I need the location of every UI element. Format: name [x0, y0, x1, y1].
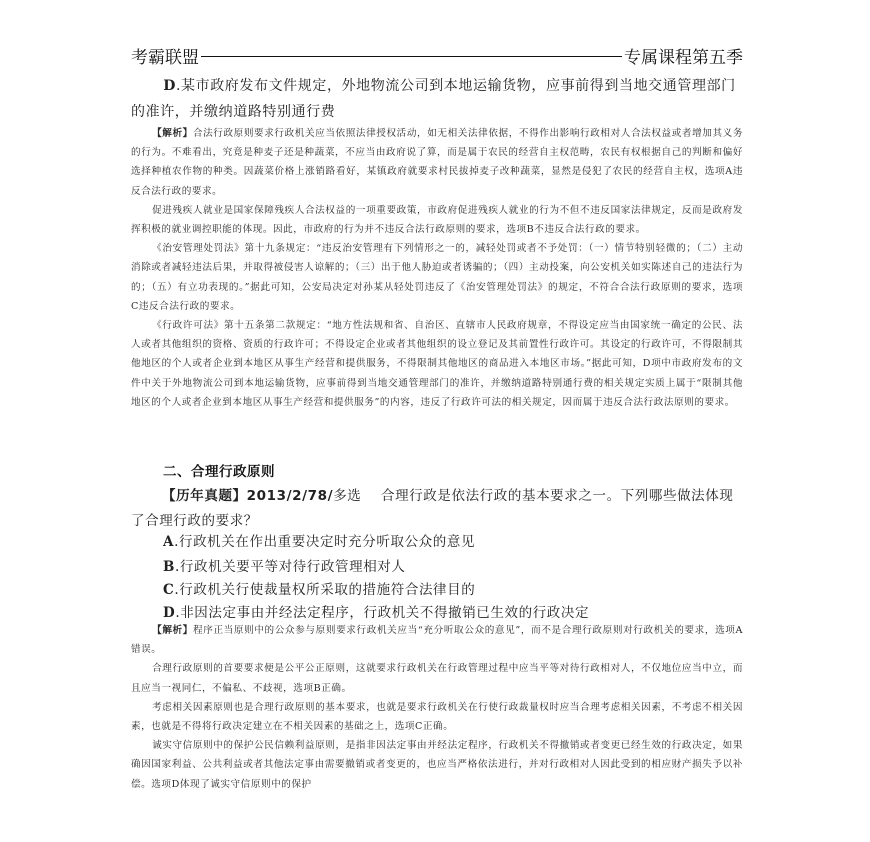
header-brand: 考霸联盟: [131, 43, 199, 68]
header-course-title: 专属课程第五季: [624, 43, 743, 68]
prev-option-d: D.某市政府发布文件规定，外地物流公司到本地运输货物，应事前得到当地交通管理部门…: [131, 73, 743, 125]
analysis-paragraph: 促进残疾人就业是国家保障残疾人合法权益的一项重要政策，市政府促进残疾人就业的行为…: [131, 201, 743, 239]
analysis-paragraph: 《治安管理处罚法》第十九条规定：“违反治安管理有下列情形之一的，减轻处罚或者不予…: [131, 239, 743, 316]
option-c: C.行政机关行使裁量权所采取的措施符合法律目的: [163, 578, 743, 598]
analysis-block-1: 【解析】合法行政原则要求行政机关应当依照法律授权活动，如无相关法律依据，不得作出…: [131, 124, 743, 412]
option-letter: D: [163, 78, 176, 94]
analysis-paragraph: 诚实守信原则中的保护公民信赖利益原则，是指非因法定事由并经法定程序，行政机关不得…: [131, 736, 743, 794]
analysis-tag: 【解析】: [152, 128, 193, 139]
analysis-tag: 【解析】: [152, 625, 193, 636]
question-type: 多选: [333, 488, 361, 504]
option-text: .某市政府发布文件规定，外地物流公司到本地运输货物，应事前得到当地交通管理部门的…: [131, 78, 736, 120]
analysis-paragraph: 合理行政原则的首要要求便是公平公正原则，这就要求行政机关在行政管理过程中应当平等…: [131, 659, 743, 697]
question-source-tag: 【历年真题】2013/2/78/: [162, 488, 333, 504]
analysis-paragraph: 《行政许可法》第十五条第二款规定：“地方性法规和省、自治区、直辖市人民政府规章，…: [131, 316, 743, 412]
option-a: A.行政机关在作出重要决定时充分听取公众的意见: [163, 530, 743, 550]
analysis-paragraph: 考虑相关因素原则也是合理行政原则的基本要求，也就是要求行政机关在行使行政裁量权时…: [131, 698, 743, 736]
page-header: 考霸联盟 专属课程第五季: [131, 44, 743, 66]
question-stem: 【历年真题】2013/2/78/多选 合理行政是依法行政的基本要求之一。下列哪些…: [131, 484, 743, 534]
option-b: B.行政机关要平等对待行政管理相对人: [163, 555, 743, 575]
header-rule: [201, 56, 622, 57]
analysis-paragraph: 【解析】合法行政原则要求行政机关应当依照法律授权活动，如无相关法律依据，不得作出…: [131, 124, 743, 201]
option-d: D.非因法定事由并经法定程序，行政机关不得撤销已生效的行政决定: [163, 601, 743, 621]
analysis-block-2: 【解析】程序正当原则中的公众参与原则要求行政机关应当“充分听取公众的意见”，而不…: [131, 621, 743, 794]
section-title: 二、合理行政原则: [163, 460, 275, 480]
document-page: 考霸联盟 专属课程第五季 D.某市政府发布文件规定，外地物流公司到本地运输货物，…: [0, 0, 870, 842]
analysis-paragraph: 【解析】程序正当原则中的公众参与原则要求行政机关应当“充分听取公众的意见”，而不…: [131, 621, 743, 659]
